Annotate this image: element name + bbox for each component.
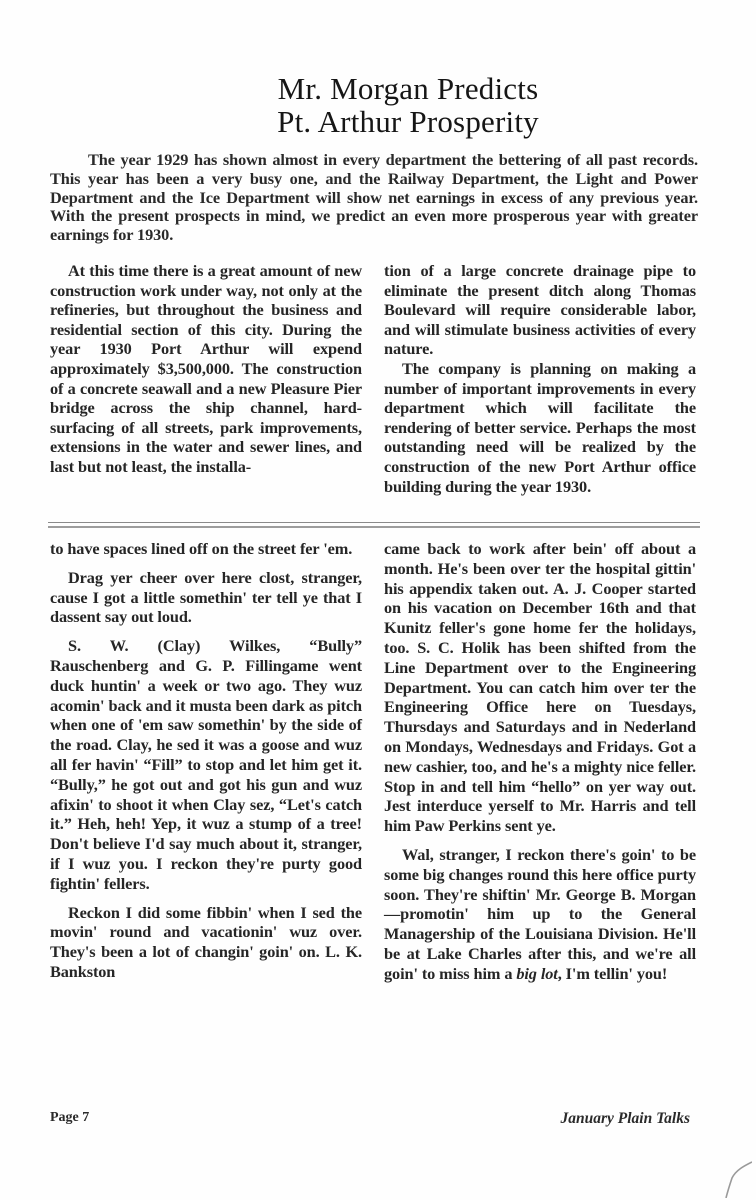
- article-paragraph-continued: tion of a large concrete drainage pipe t…: [384, 261, 696, 359]
- section-divider-bottom: [48, 526, 700, 528]
- section-divider-top: [48, 522, 700, 523]
- gossip-paragraph: Wal, stranger, I reckon there's goin' to…: [384, 845, 696, 984]
- gossip-text: , I'm tellin' you!: [558, 964, 667, 983]
- gossip-column-right: came back to work after bein' off about …: [384, 539, 696, 984]
- title-line-1: Mr. Morgan Predicts: [60, 72, 756, 105]
- gossip-column-left: to have spaces lined off on the street f…: [50, 539, 362, 982]
- emphasis-text: big lot: [516, 964, 557, 983]
- article-title: Mr. Morgan Predicts Pt. Arthur Prosperit…: [0, 72, 756, 138]
- article-intro-paragraph: The year 1929 has shown almost in every …: [50, 151, 698, 245]
- page-curl-mark-icon: [722, 1158, 752, 1198]
- article-paragraph: The company is planning on making a numb…: [384, 359, 696, 496]
- page-number: Page 7: [50, 1110, 89, 1126]
- magazine-page: Mr. Morgan Predicts Pt. Arthur Prosperit…: [0, 0, 756, 1200]
- gossip-paragraph: S. W. (Clay) Wilkes, “Bully” Rauschenber…: [50, 636, 362, 893]
- publication-name: January Plain Talks: [561, 1110, 691, 1128]
- gossip-text: Wal, stranger, I reckon there's goin' to…: [384, 845, 696, 983]
- article-column-right: tion of a large concrete drainage pipe t…: [384, 261, 696, 496]
- gossip-paragraph: Drag yer cheer over here clost, stranger…: [50, 568, 362, 627]
- gossip-paragraph: Reckon I did some fibbin' when I sed the…: [50, 903, 362, 982]
- gossip-paragraph-continued: to have spaces lined off on the street f…: [50, 539, 362, 559]
- article-column-left: At this time there is a great amount of …: [50, 261, 362, 477]
- article-paragraph: At this time there is a great amount of …: [50, 261, 362, 477]
- gossip-paragraph-continued: came back to work after bein' off about …: [384, 539, 696, 836]
- title-line-2: Pt. Arthur Prosperity: [60, 105, 756, 138]
